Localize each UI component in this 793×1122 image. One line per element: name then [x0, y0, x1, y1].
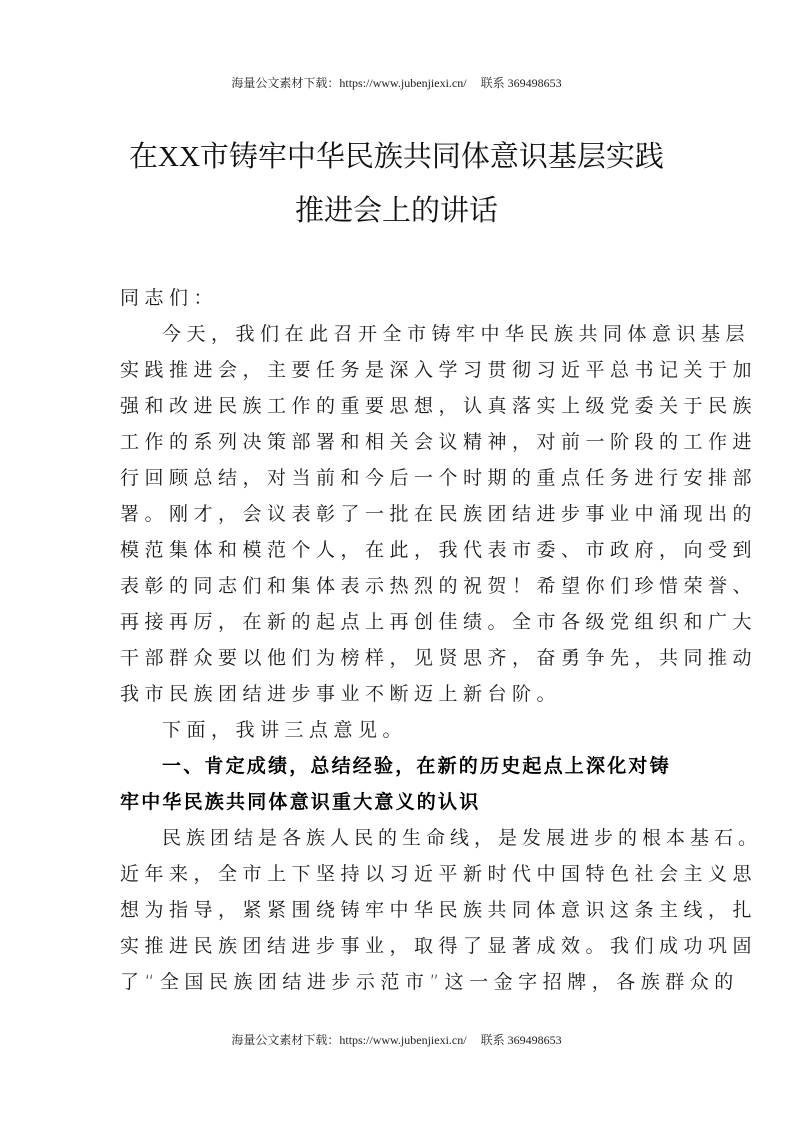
- section-heading-line-2: 牢中华民族共同体意识重大意义的认识: [120, 784, 676, 820]
- paragraph-line: 实推进民族团结进步事业，取得了显著成效。我们成功巩固: [120, 928, 676, 964]
- section-heading-line-1: 一、肯定成绩，总结经验，在新的历史起点上深化对铸: [120, 748, 676, 784]
- paragraph-line: 模范集体和模范个人，在此，我代表市委、市政府，向受到: [120, 532, 676, 568]
- paragraph-line: 今天，我们在此召开全市铸牢中华民族共同体意识基层: [120, 316, 676, 352]
- paragraph-line: 再接再厉，在新的起点上再创佳绩。全市各级党组织和广大: [120, 604, 676, 640]
- paragraph-line: 强和改进民族工作的重要思想，认真落实上级党委关于民族: [120, 388, 676, 424]
- salutation: 同志们：: [120, 280, 676, 316]
- document-title-line-2: 推进会上的讲话: [0, 194, 793, 228]
- header-contact-text: 联系 369498653: [481, 76, 562, 90]
- document-body: 同志们： 今天，我们在此召开全市铸牢中华民族共同体意识基层 实践推进会，主要任务…: [120, 280, 676, 1000]
- footer-contact-text: 联系 369498653: [481, 1033, 562, 1047]
- paragraph-line: 近年来，全市上下坚持以习近平新时代中国特色社会主义思: [120, 856, 676, 892]
- paragraph-line: 想为指导，紧紧围绕铸牢中华民族共同体意识这条主线，扎: [120, 892, 676, 928]
- page-footer: 海量公文素材下载：https://www.jubenjiexi.cn/联系 36…: [0, 1031, 793, 1048]
- footer-download-text: 海量公文素材下载：https://www.jubenjiexi.cn/: [231, 1033, 466, 1047]
- paragraph-line: 表彰的同志们和集体表示热烈的祝贺！希望你们珍惜荣誉、: [120, 568, 676, 604]
- paragraph-line: 署。刚才，会议表彰了一批在民族团结进步事业中涌现出的: [120, 496, 676, 532]
- paragraph-line: 民族团结是各族人民的生命线，是发展进步的根本基石。: [120, 820, 676, 856]
- paragraph-line: 干部群众要以他们为榜样，见贤思齐，奋勇争先，共同推动: [120, 640, 676, 676]
- paragraph-line: 行回顾总结，对当前和今后一个时期的重点任务进行安排部: [120, 460, 676, 496]
- paragraph-line: 了“全国民族团结进步示范市”这一金字招牌，各族群众的: [120, 964, 676, 1000]
- paragraph-line: 工作的系列决策部署和相关会议精神，对前一阶段的工作进: [120, 424, 676, 460]
- header-download-text: 海量公文素材下载：https://www.jubenjiexi.cn/: [231, 76, 466, 90]
- paragraph-line: 我市民族团结进步事业不断迈上新台阶。: [120, 676, 676, 712]
- page-header: 海量公文素材下载：https://www.jubenjiexi.cn/联系 36…: [0, 74, 793, 91]
- document-title-line-1: 在XX市铸牢中华民族共同体意识基层实践: [0, 140, 793, 174]
- paragraph-line: 实践推进会，主要任务是深入学习贯彻习近平总书记关于加: [120, 352, 676, 388]
- paragraph-line: 下面，我讲三点意见。: [120, 712, 676, 748]
